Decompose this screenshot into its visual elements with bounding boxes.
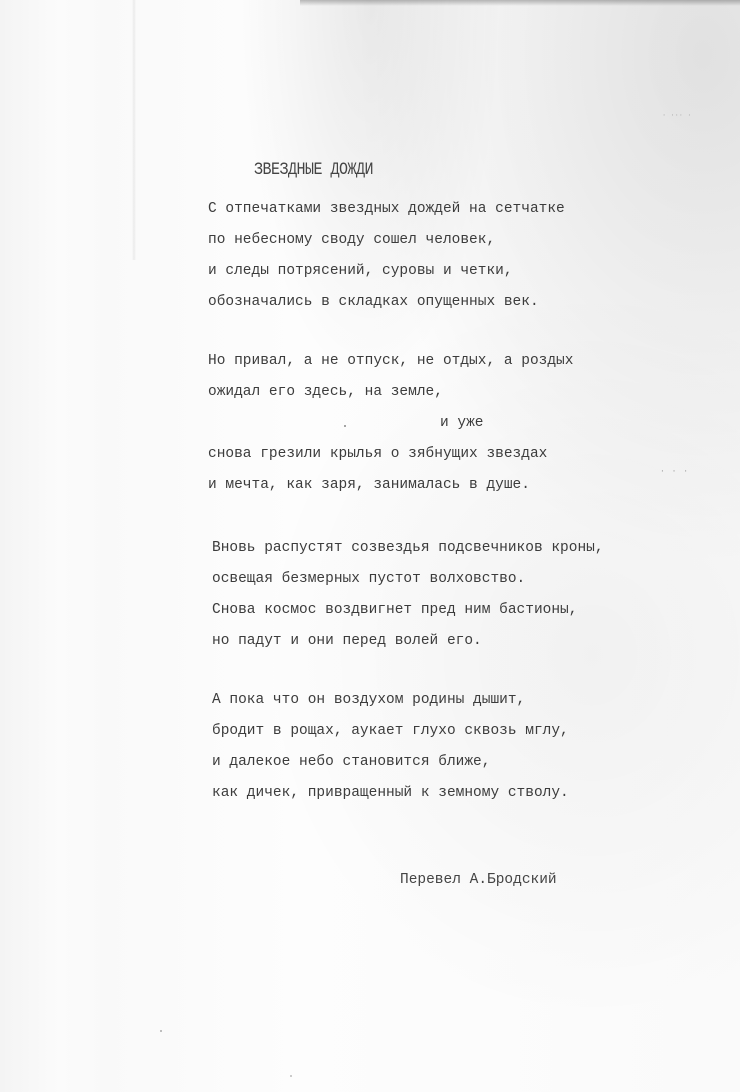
poem-line: Снова космос воздвигнет пред ним бастион… [212,595,604,626]
stanza-3: Вновь распустят созвездья подсвечников к… [212,533,604,657]
stanza-2: Но привал, а не отпуск, не отдых, а розд… [208,346,573,501]
poem-line: по небесному своду сошел человек, [208,225,565,256]
poem-line: А пока что он воздухом родины дышит, [212,685,569,716]
typewritten-page: · ··· · ЗВЕЗДНЫЕ ДОЖДИ С отпечатками зве… [0,0,740,1092]
faint-mark: · ··· · [662,112,691,120]
page-edge-shadow [300,0,740,6]
poem-line: Но привал, а не отпуск, не отдых, а розд… [208,346,573,377]
poem-line: и далекое небо становится ближе, [212,747,569,778]
poem-line: Вновь распустят созвездья подсвечников к… [212,533,604,564]
poem-line: ожидал его здесь, на земле, [208,377,573,408]
ink-speck [344,425,346,427]
poem-line: и мечта, как заря, занималась в душе. [208,470,573,501]
margin-mark: · · · [660,467,689,476]
poem-line: и следы потрясений, суровы и четки, [208,256,565,287]
translator-signature: Перевел А.Бродский [400,872,557,888]
ink-speck [290,1075,292,1077]
paper-crease [132,0,136,260]
poem-title: ЗВЕЗДНЫЕ ДОЖДИ [254,160,373,180]
poem-line: С отпечатками звездных дождей на сетчатк… [208,194,565,225]
poem-line: освещая безмерных пустот волховство. [212,564,604,595]
stanza-1: С отпечатками звездных дождей на сетчатк… [208,194,565,318]
poem-line: снова грезили крылья о зябнущих звездах [208,439,573,470]
poem-line: бродит в рощах, аукает глухо сквозь мглу… [212,716,569,747]
stanza-4: А пока что он воздухом родины дышит, бро… [212,685,569,809]
ink-speck [160,1030,162,1032]
poem-line-indented: и уже [208,408,573,439]
poem-line: как дичек, привращенный к земному стволу… [212,778,569,809]
poem-line: но падут и они перед волей его. [212,626,604,657]
poem-line: обозначались в складках опущенных век. [208,287,565,318]
